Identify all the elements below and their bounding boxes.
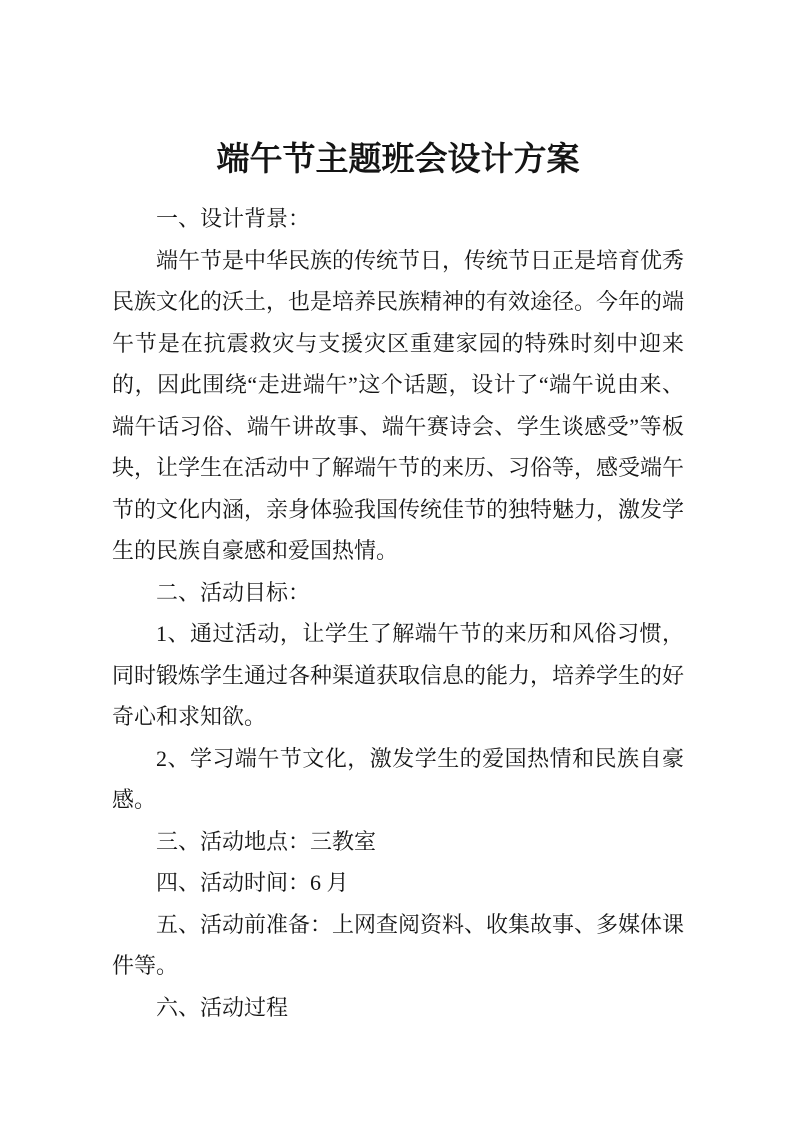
paragraph-goal-1: 1、通过活动，让学生了解端午节的来历和风俗习惯，同时锻炼学生通过各种渠道获取信息… (112, 613, 684, 738)
paragraph-goal-2: 2、学习端午节文化，激发学生的爱国热情和民族自豪感。 (112, 738, 684, 821)
document-title: 端午节主题班会设计方案 (112, 136, 684, 184)
heading-design-background: 一、设计背景： (112, 198, 684, 240)
paragraph-activity-location: 三、活动地点：三教室 (112, 821, 684, 863)
paragraph-activity-time: 四、活动时间：6 月 (112, 862, 684, 904)
heading-activity-goals: 二、活动目标： (112, 572, 684, 614)
document-page: 端午节主题班会设计方案 一、设计背景： 端午节是中华民族的传统节日，传统节日正是… (0, 0, 793, 1122)
paragraph-activity-preparation: 五、活动前准备：上网查阅资料、收集故事、多媒体课件等。 (112, 904, 684, 987)
paragraph-design-background-body: 端午节是中华民族的传统节日，传统节日正是培育优秀民族文化的沃土，也是培养民族精神… (112, 240, 684, 572)
heading-activity-process: 六、活动过程 (112, 987, 684, 1029)
